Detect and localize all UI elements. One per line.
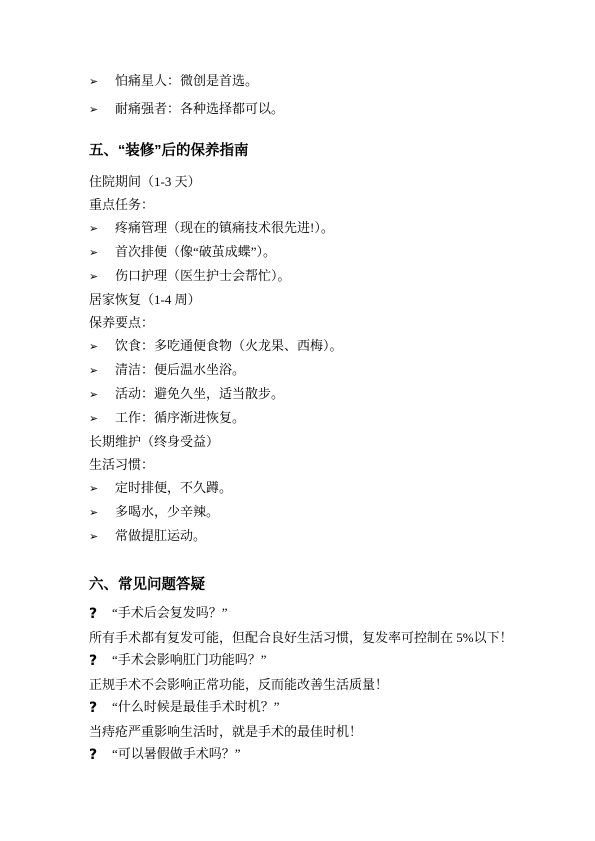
question-mark-icon: ? — [89, 606, 112, 623]
arrow-bullet-icon: ➢ — [89, 528, 115, 545]
list-item: ➢怕痛星人：微创是首选。 — [89, 72, 515, 90]
arrow-bullet-icon: ➢ — [89, 480, 115, 497]
list-item-text: 疼痛管理（现在的镇痛技术很先进!）。 — [115, 220, 334, 235]
paragraph: 住院期间（1-3 天） — [89, 173, 515, 190]
faq-question: ?“手术会影响肛门功能吗？” — [89, 651, 515, 670]
arrow-bullet-icon: ➢ — [89, 101, 115, 118]
question-mark-icon: ? — [89, 700, 112, 717]
paragraph: 长期维护（终身受益） — [89, 433, 515, 450]
list-item-text: 饮食：多吃通便食物（火龙果、西梅）。 — [115, 338, 343, 353]
arrow-bullet-icon: ➢ — [89, 220, 115, 237]
arrow-bullet-icon: ➢ — [89, 410, 115, 427]
question-text: “什么时候是最佳手术时机？” — [112, 699, 280, 714]
paragraph: 重点任务： — [89, 196, 515, 213]
list-item-text: 常做提肛运动。 — [115, 528, 206, 543]
paragraph: 居家恢复（1-4 周） — [89, 291, 515, 308]
faq-question: ?“什么时候是最佳手术时机？” — [89, 698, 515, 717]
section-heading: 六、常见问题答疑 — [89, 576, 515, 595]
intro-bullet-list: ➢怕痛星人：微创是首选。 ➢耐痛强者：各种选择都可以。 — [89, 72, 515, 118]
list-item-text: 活动：避免久坐，适当散步。 — [115, 386, 284, 401]
list-item-text: 清洁：便后温水坐浴。 — [115, 362, 245, 377]
arrow-bullet-icon: ➢ — [89, 268, 115, 285]
list-item-text: 首次排便（像“破茧成蝶”）。 — [115, 244, 276, 259]
paragraph: 生活习惯： — [89, 456, 515, 473]
faq-answer: 所有手术都有复发可能，但配合良好生活习惯，复发率可控制在 5%以下！ — [89, 629, 515, 646]
list-item: ➢伤口护理（医生护士会帮忙）。 — [89, 267, 515, 285]
question-text: “手术后会复发吗？” — [112, 605, 228, 620]
arrow-bullet-icon: ➢ — [89, 362, 115, 379]
list-item-text: 伤口护理（医生护士会帮忙）。 — [115, 268, 291, 283]
arrow-bullet-icon: ➢ — [89, 244, 115, 261]
question-text: “手术会影响肛门功能吗？” — [112, 652, 267, 667]
list-item: ➢常做提肛运动。 — [89, 527, 515, 545]
list-item: ➢清洁：便后温水坐浴。 — [89, 361, 515, 379]
section-maintenance-guide: 五、“装修”后的保养指南 住院期间（1-3 天） 重点任务： ➢疼痛管理（现在的… — [89, 142, 515, 545]
faq-question: ?“手术后会复发吗？” — [89, 604, 515, 623]
list-item: ➢饮食：多吃通便食物（火龙果、西梅）。 — [89, 337, 515, 355]
list-item-text: 定时排便，不久蹲。 — [115, 480, 232, 495]
faq-answer: 当痔疮严重影响生活时，就是手术的最佳时机！ — [89, 723, 515, 740]
list-item: ➢耐痛强者：各种选择都可以。 — [89, 100, 515, 118]
faq-answer: 正规手术不会影响正常功能，反而能改善生活质量！ — [89, 676, 515, 693]
list-item: ➢疼痛管理（现在的镇痛技术很先进!）。 — [89, 219, 515, 237]
document-page: ➢怕痛星人：微创是首选。 ➢耐痛强者：各种选择都可以。 五、“装修”后的保养指南… — [0, 0, 595, 841]
list-item-text: 工作：循序渐进恢复。 — [115, 410, 245, 425]
arrow-bullet-icon: ➢ — [89, 386, 115, 403]
paragraph: 保养要点： — [89, 314, 515, 331]
list-item-text: 耐痛强者：各种选择都可以。 — [115, 101, 284, 116]
faq-question: ?“可以暑假做手术吗？” — [89, 745, 515, 764]
list-item: ➢定时排便，不久蹲。 — [89, 479, 515, 497]
list-item: ➢多喝水，少辛辣。 — [89, 503, 515, 521]
list-item: ➢活动：避免久坐，适当散步。 — [89, 385, 515, 403]
section-faq: 六、常见问题答疑 ?“手术后会复发吗？” 所有手术都有复发可能，但配合良好生活习… — [89, 576, 515, 764]
arrow-bullet-icon: ➢ — [89, 504, 115, 521]
list-item-text: 怕痛星人：微创是首选。 — [115, 73, 258, 88]
list-item: ➢首次排便（像“破茧成蝶”）。 — [89, 243, 515, 261]
list-item-text: 多喝水，少辛辣。 — [115, 504, 219, 519]
arrow-bullet-icon: ➢ — [89, 73, 115, 90]
question-mark-icon: ? — [89, 747, 112, 764]
arrow-bullet-icon: ➢ — [89, 338, 115, 355]
list-item: ➢工作：循序渐进恢复。 — [89, 409, 515, 427]
question-text: “可以暑假做手术吗？” — [112, 746, 241, 761]
section-heading: 五、“装修”后的保养指南 — [89, 142, 515, 161]
question-mark-icon: ? — [89, 653, 112, 670]
